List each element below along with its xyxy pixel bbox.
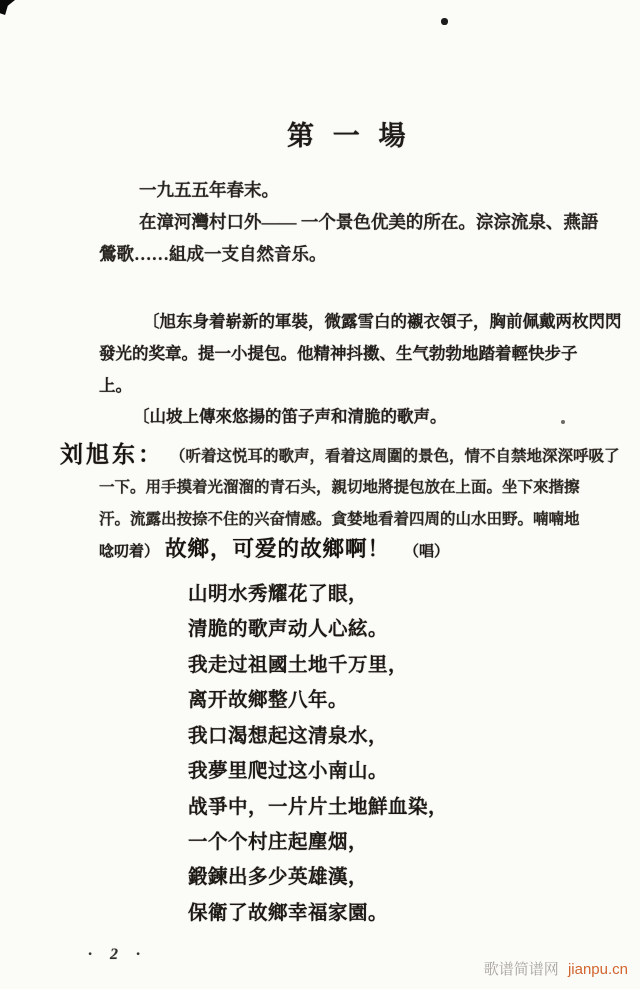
dialogue-annotation-line-1: （听着这悦耳的歌声，看着这周圍的景色，情不自禁地深深呼吸了 bbox=[170, 449, 620, 465]
setting-place-line-1: 在漳河灣村口外—— 一个景色优美的所在。淙淙流泉、燕語 bbox=[139, 214, 598, 232]
lyric-line: 我夢里爬过这小南山。 bbox=[188, 762, 388, 782]
scan-artifact-corner bbox=[0, 0, 15, 15]
lyric-line: 清脆的歌声动人心絃。 bbox=[188, 620, 388, 640]
watermark-site-name: 歌谱简谱网 bbox=[484, 961, 559, 978]
stage-direction-entrance-line-1: 〔旭东身着崭新的軍裝，微露雪白的襯衣領子，胸前佩戴两枚閃閃 bbox=[143, 314, 622, 331]
setting-time-line: 一九五五年春末。 bbox=[139, 182, 279, 200]
document-page: 第 一 場 一九五五年春末。 在漳河灣村口外—— 一个景色优美的所在。淙淙流泉、… bbox=[0, 0, 640, 989]
scan-artifact-speck bbox=[561, 420, 565, 424]
dialogue-annotation-line-4: 唸叨着） bbox=[99, 545, 159, 560]
stage-direction-entrance-line-3: 上。 bbox=[99, 378, 132, 395]
page-number: · 2 · bbox=[88, 947, 147, 963]
lyric-line: 我走过祖國土地千万里， bbox=[188, 656, 408, 676]
stage-direction-entrance-line-2: 發光的奖章。提一小提包。他精神抖擞、生气勃勃地踏着輕快步子 bbox=[99, 346, 578, 363]
dialogue-sing-cue: （唱） bbox=[404, 545, 449, 560]
dialogue-annotation-line-2: 一下。用手摸着光溜溜的青石头，親切地將提包放在上面。坐下來揩擦 bbox=[99, 480, 580, 496]
lyric-line: 战爭中，一片片土地鮮血染， bbox=[188, 798, 448, 818]
lyric-line: 山明水秀耀花了眼， bbox=[188, 585, 368, 605]
scene-title: 第 一 場 bbox=[287, 123, 412, 150]
setting-place-line-2: 鶯歌……組成一支自然音乐。 bbox=[99, 246, 327, 264]
scan-artifact-dot bbox=[441, 18, 448, 25]
stage-direction-sound-line: 〔山坡上傳來悠揚的笛子声和清脆的歌声。 bbox=[133, 409, 447, 426]
watermark-domain: jianpu.cn bbox=[568, 961, 628, 978]
dialogue-annotation-line-3: 汗。流露出按捺不住的兴奋情感。貪婪地看着四周的山水田野。喃喃地 bbox=[99, 512, 580, 528]
watermark: 歌谱简谱网 jianpu.cn bbox=[484, 958, 628, 979]
lyric-line: 一个个村庄起塵烟， bbox=[188, 833, 368, 853]
dialogue-spoken-text: 故鄉，可爱的故鄉啊！ bbox=[165, 539, 390, 561]
speaker-name: 刘旭东： bbox=[60, 443, 164, 466]
lyric-line: 鍛鍊出多少英雄漢， bbox=[188, 868, 368, 888]
lyric-line: 离开故鄉整八年。 bbox=[188, 691, 348, 711]
lyric-line: 保衛了故鄉幸福家園。 bbox=[188, 904, 388, 924]
lyric-line: 我口渴想起这清泉水， bbox=[188, 727, 388, 747]
dialogue-speech-line: 唸叨着） 故鄉，可爱的故鄉啊！ （唱） bbox=[99, 539, 449, 561]
